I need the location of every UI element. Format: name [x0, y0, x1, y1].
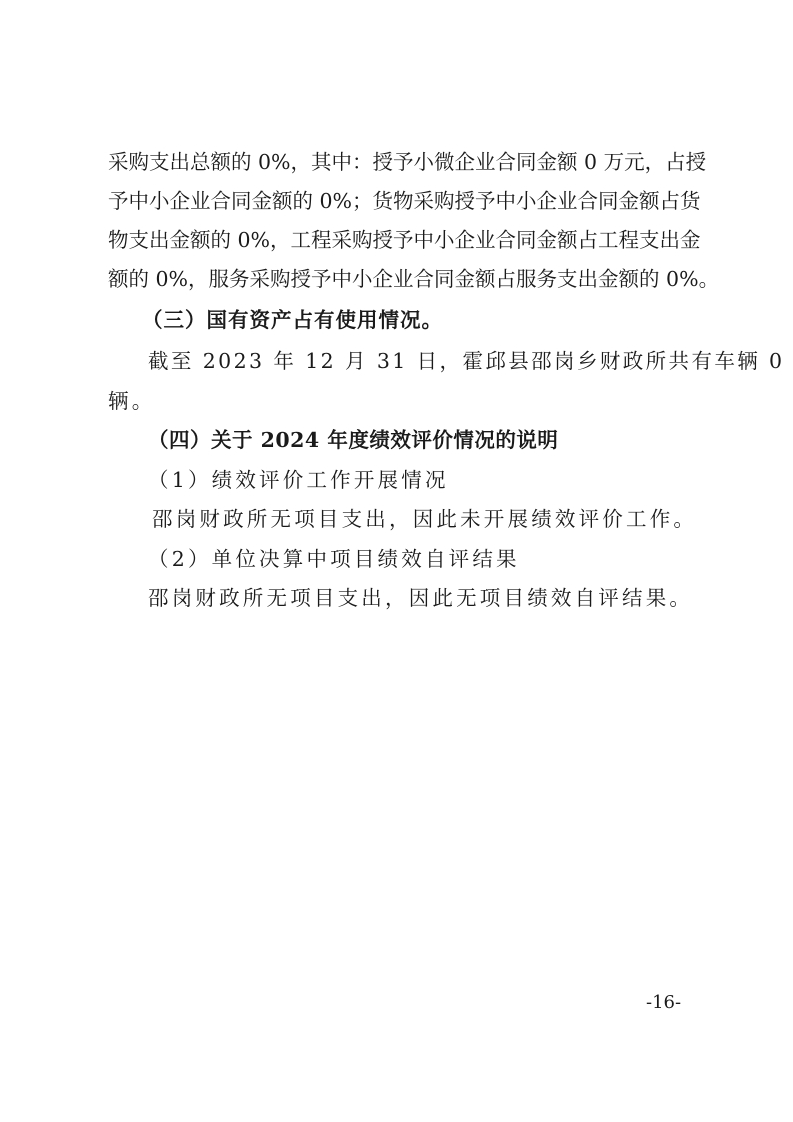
section3-heading: （三）国有资产占有使用情况。 [142, 307, 732, 333]
page-number: -16- [646, 992, 681, 1013]
procurement-line-3: 物支出金额的 0%，工程采购授予中小企业合同金额占工程支出金 [108, 227, 698, 253]
section4-sub1-body: 邵岗财政所无项目支出，因此未开展绩效评价工作。 [152, 506, 742, 532]
section4-sub2-title: （2）单位决算中项目绩效自评结果 [148, 546, 738, 572]
section4-heading: （四）关于 2024 年度绩效评价情况的说明 [148, 427, 738, 453]
section4-sub2-body: 邵岗财政所无项目支出，因此无项目绩效自评结果。 [148, 585, 738, 611]
section3-body-line2: 辆。 [108, 388, 698, 414]
procurement-line-1: 采购支出总额的 0%，其中：授予小微企业合同金额 0 万元，占授 [108, 149, 698, 175]
section4-sub1-title: （1）绩效评价工作开展情况 [148, 467, 738, 493]
section3-body-line1: 截至 2023 年 12 月 31 日，霍邱县邵岗乡财政所共有车辆 0 [148, 348, 696, 374]
procurement-line-2: 予中小企业合同金额的 0%；货物采购授予中小企业合同金额占货 [108, 188, 698, 214]
document-page: 采购支出总额的 0%，其中：授予小微企业合同金额 0 万元，占授 予中小企业合同… [0, 0, 793, 1122]
procurement-line-4: 额的 0%，服务采购授予中小企业合同金额占服务支出金额的 0%。 [108, 266, 698, 292]
